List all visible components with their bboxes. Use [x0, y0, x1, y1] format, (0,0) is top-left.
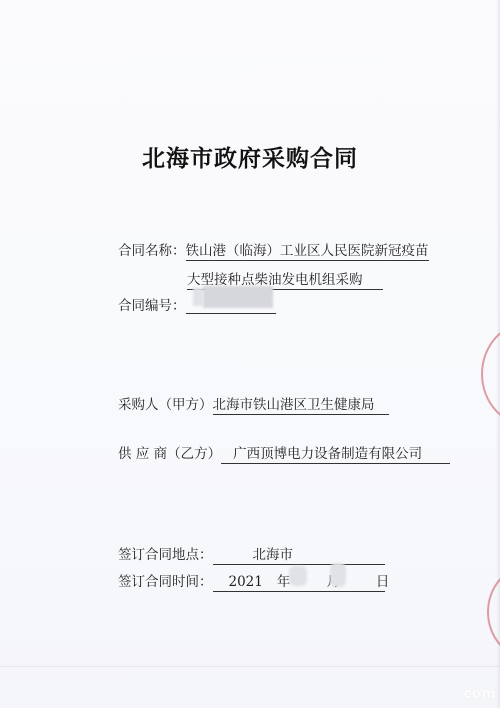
official-seal-lower [487, 565, 500, 659]
document-title: 北海市政府采购合同 [0, 140, 500, 173]
watermark-text: com [463, 686, 496, 702]
contract-name-value-line1: 铁山港（临海）工业区人民医院新冠疫苗 [186, 239, 429, 261]
supplier-label: 供 应 商（乙方） [118, 442, 221, 462]
signing-place-label: 签订合同地点： [118, 543, 213, 563]
supplier-value: 广西顶博电力设备制造有限公司 [221, 442, 450, 464]
scan-fold-line [0, 666, 500, 667]
contract-number-label: 合同编号： [118, 294, 186, 314]
contract-name-row: 合同名称：铁山港（临海）工业区人民医院新冠疫苗 [118, 239, 429, 261]
signing-place-row: 签订合同地点：北海市 [118, 543, 385, 565]
signing-time-label: 签订合同时间： [118, 570, 213, 590]
official-seal-upper [481, 322, 500, 426]
supplier-row: 供 应 商（乙方）广西顶博电力设备制造有限公司 [118, 442, 450, 464]
document-page: 北海市政府采购合同 合同名称：铁山港（临海）工业区人民医院新冠疫苗 大型接种点柴… [0, 0, 500, 708]
contract-number-redaction [203, 286, 273, 308]
signing-month-redaction [289, 566, 307, 586]
purchaser-label: 采购人（甲方） [118, 393, 213, 413]
signing-day-redaction [330, 563, 346, 587]
signing-place-value: 北海市 [213, 543, 385, 565]
signing-day-unit: 日 [376, 574, 390, 590]
purchaser-row: 采购人（甲方）北海市铁山港区卫生健康局 [118, 393, 389, 415]
purchaser-value: 北海市铁山港区卫生健康局 [213, 393, 389, 415]
contract-number-redaction-edge [193, 288, 203, 306]
contract-name-label: 合同名称： [118, 239, 186, 259]
signing-year: 2021 [229, 574, 263, 590]
